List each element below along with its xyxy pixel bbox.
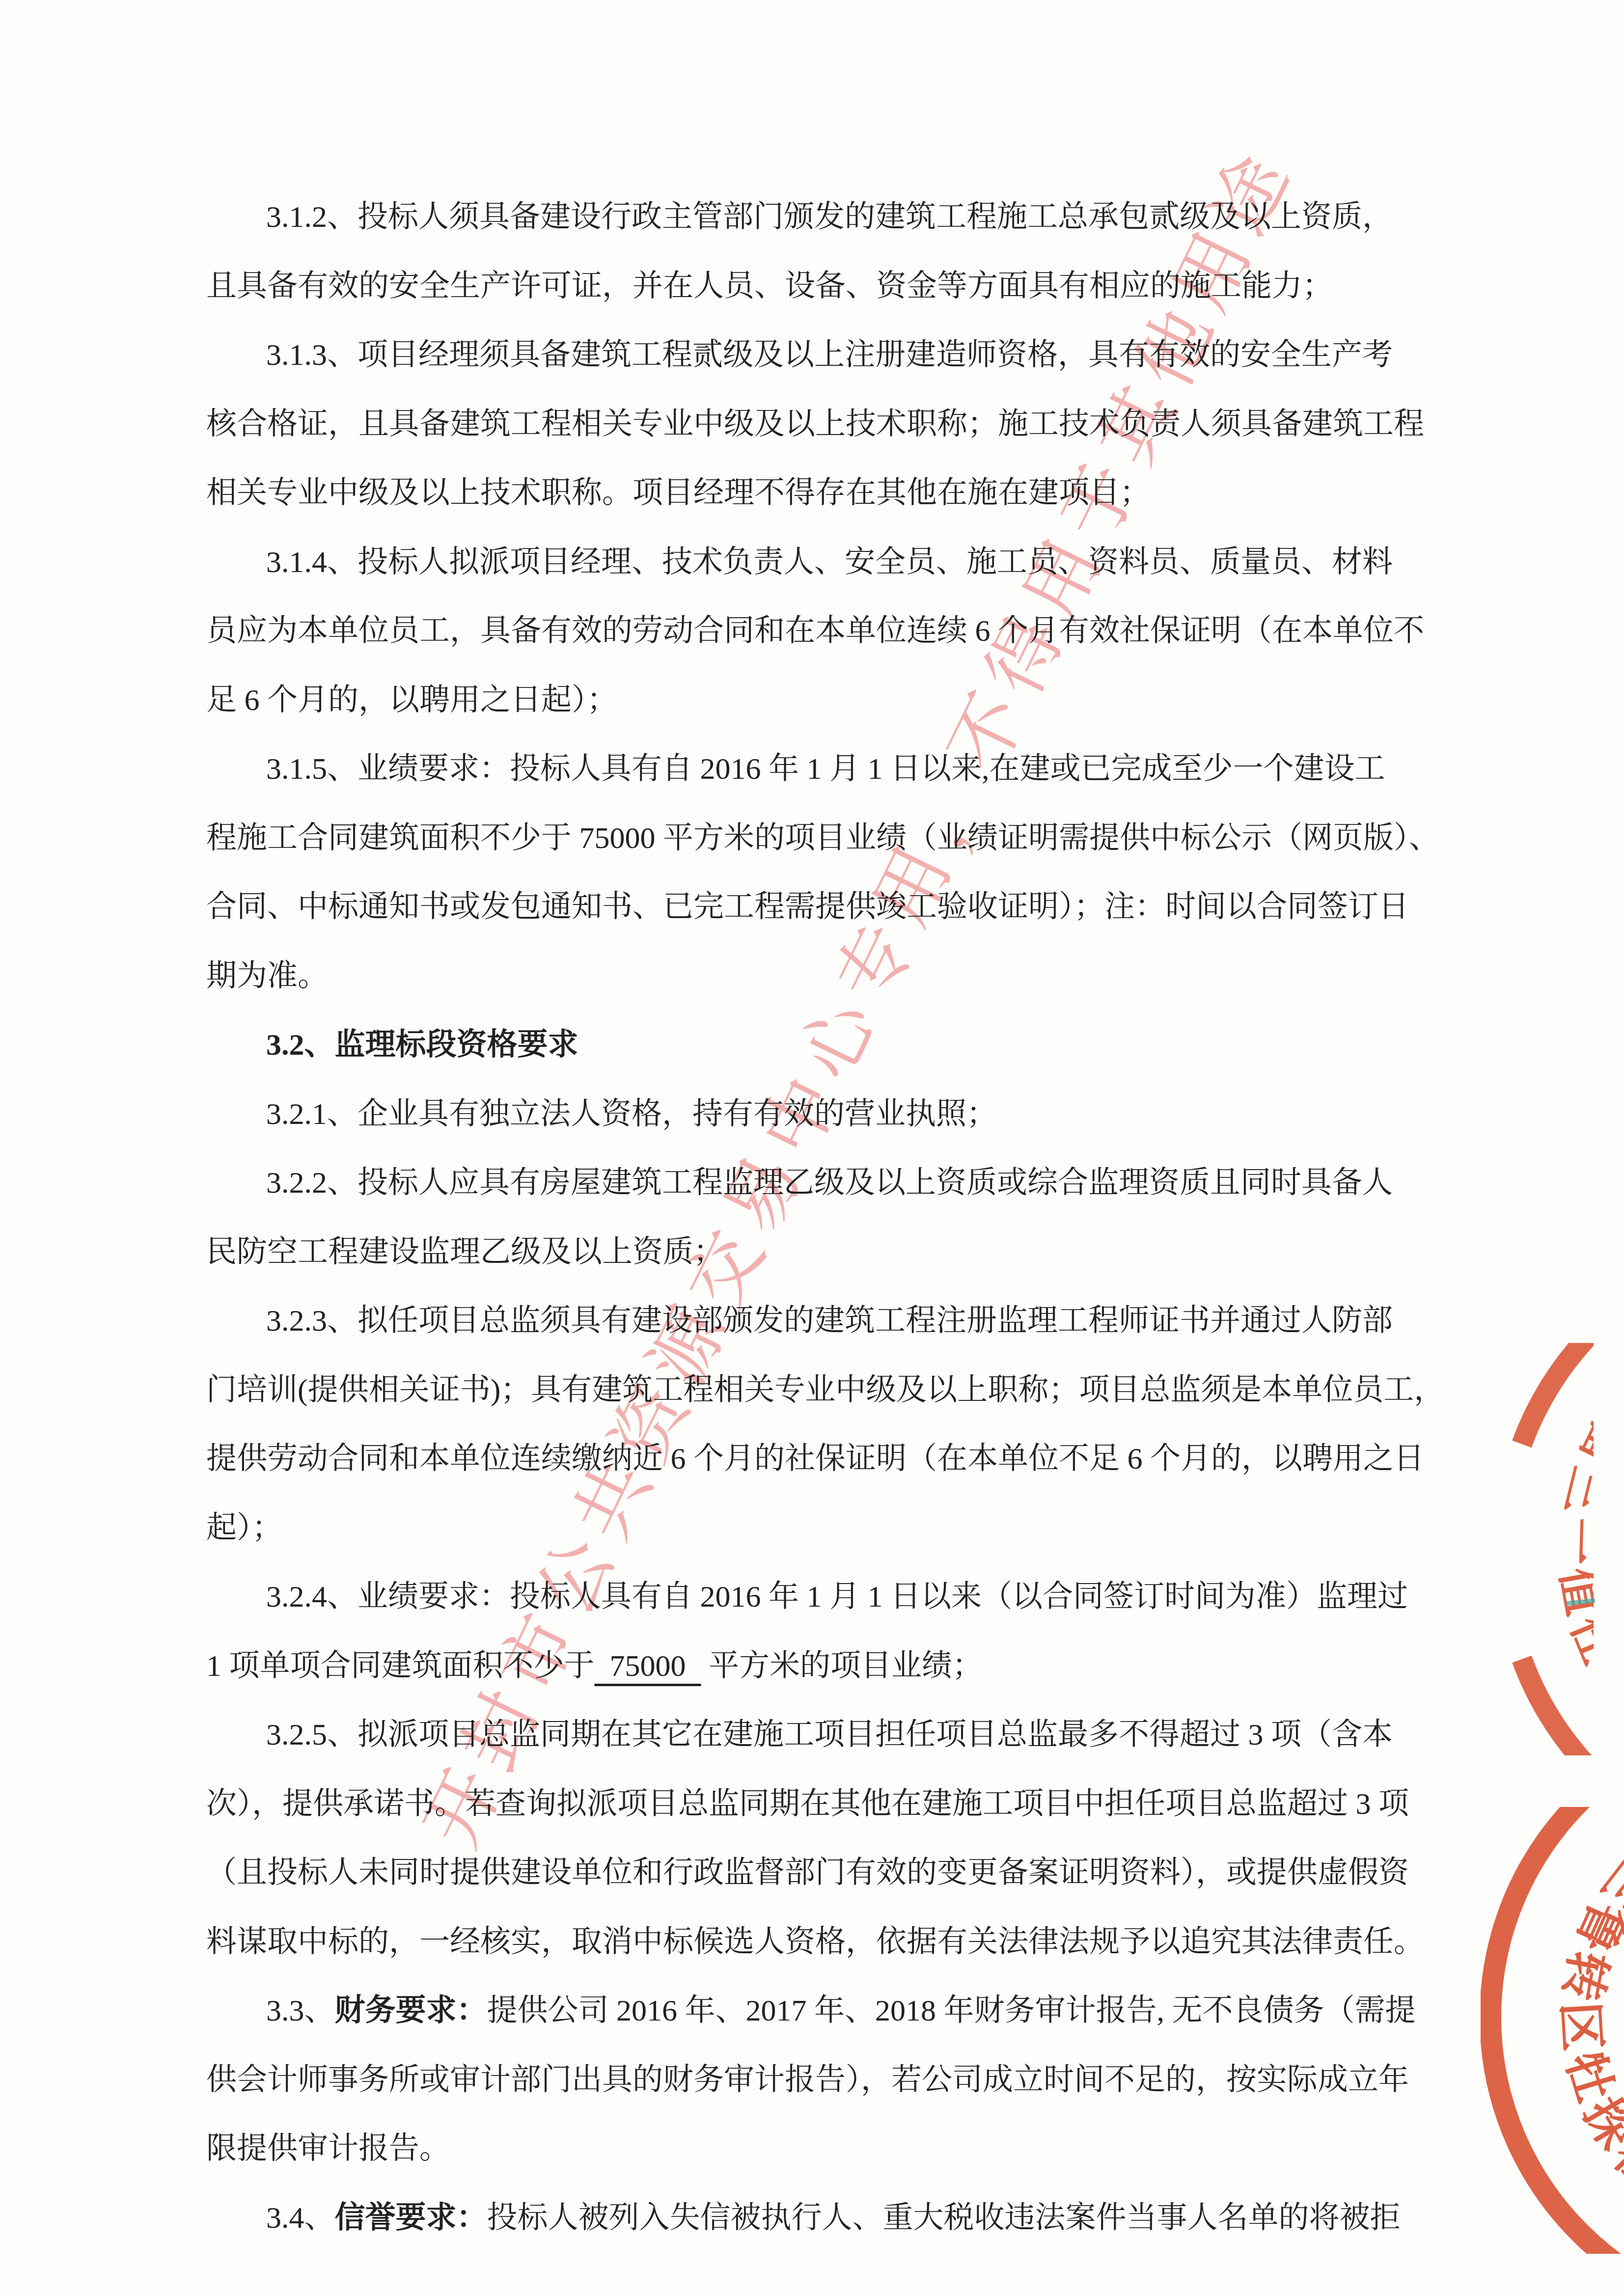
text-line: 员应为本单位员工，具备有效的劳动合同和在本单位连续 6 个月有效社保证明（在本单… [206, 597, 1439, 666]
text-segment: 3.2、监理标段资格要求 [266, 1028, 578, 1062]
text-segment: 3.2.4、业绩要求：投标人具有自 2016 年 1 月 1 日以来（以合同签订… [266, 1580, 1408, 1613]
text-segment: 投标人被列入失信被执行人、重大税收违法案件当事人名单的将被拒 [487, 2201, 1401, 2235]
text-segment: 3.2.2、投标人应具有房屋建筑工程监理乙级及以上资质或综合监理资质且同时具备人 [266, 1166, 1393, 1200]
text-segment: 限提供审计报告。 [206, 2132, 450, 2165]
text-segment: 合同、中标通知书或发包通知书、已完工程需提供竣工验收证明）；注：时间以合同签订日 [206, 890, 1409, 924]
text-segment: 3.2.1、企业具有独立法人资格，持有有效的营业执照； [266, 1097, 997, 1131]
text-line: 3.2.5、拟派项目总监同期在其它在建施工项目担任项目总监最多不得超过 3 项（… [206, 1700, 1439, 1770]
text-line: 供会计师事务所或审计部门出具的财务审计报告），若公司成立时间不足的，按实际成立年 [206, 2046, 1439, 2115]
text-segment: 门培训(提供相关证书)；具有建筑工程相关专业中级及以上职称；项目总监须是本单位员… [206, 1373, 1444, 1407]
seal-text-lower: 兰鲁转区牡探社 [1552, 1848, 1624, 2205]
text-line: （且投标人未同时提供建设单位和行政监督部门有效的变更备案证明资料），或提供虚假资 [206, 1838, 1439, 1908]
text-line: 合同、中标通知书或发包通知书、已完工程需提供竣工验收证明）；注：时间以合同签订日 [206, 873, 1439, 942]
text-segment: 1 项单项合同建筑面积不少于 [206, 1649, 595, 1683]
text-segment: 3.1.5、业绩要求：投标人具有自 2016 年 1 月 1 日以来,在建或已完… [266, 752, 1385, 786]
text-segment: 核合格证，且具备建筑工程相关专业中级及以上技术职称；施工技术负责人须具备建筑工程 [206, 408, 1424, 441]
text-line: 且具备有效的安全生产许可证，并在人员、设备、资金等方面具有相应的施工能力； [206, 252, 1439, 321]
scanner-artifact-mark [1567, 1598, 1596, 1606]
text-segment: 期为准。 [206, 959, 328, 993]
text-segment: 3.2.3、拟任项目总监须具有建设部颁发的建筑工程注册监理工程师证书并通过人防部 [266, 1304, 1393, 1338]
red-seal-stamp-upper: 没留三一值任 [1486, 1343, 1594, 1755]
text-segment: 员应为本单位员工，具备有效的劳动合同和在本单位连续 6 个月有效社保证明（在本单… [206, 614, 1424, 648]
text-line: 次），提供承诺书。若查询拟派项目总监同期在其他在建施工项目中担任项目总监超过 3… [206, 1770, 1439, 1839]
text-segment: 3.2.5、拟派项目总监同期在其它在建施工项目担任项目总监最多不得超过 3 项（… [266, 1718, 1393, 1751]
red-seal-stamp-lower: 兰鲁转区牡探社 [1481, 1807, 1624, 2254]
text-segment: 信誉要求： [335, 2201, 487, 2235]
text-segment: 次），提供承诺书。若查询拟派项目总监同期在其他在建施工项目中担任项目总监超过 3… [206, 1787, 1409, 1821]
text-line: 1 项单项合同建筑面积不少于 75000 平方米的项目业绩； [206, 1632, 1439, 1701]
text-line: 3.2.1、企业具有独立法人资格，持有有效的营业执照； [206, 1080, 1439, 1149]
text-line: 核合格证，且具备建筑工程相关专业中级及以上技术职称；施工技术负责人须具备建筑工程 [206, 390, 1439, 459]
seal-rim-arc [1490, 1807, 1624, 2254]
text-segment: 程施工合同建筑面积不少于 75000 平方米的项目业绩（业绩证明需提供中标公示（… [206, 821, 1439, 855]
text-line: 3.1.3、项目经理须具备建筑工程贰级及以上注册建造师资格，具有有效的安全生产考 [206, 321, 1439, 390]
text-line: 3.3、财务要求：提供公司 2016 年、2017 年、2018 年财务审计报告… [206, 1976, 1439, 2046]
text-line: 限提供审计报告。 [206, 2114, 1439, 2184]
text-segment: 供会计师事务所或审计部门出具的财务审计报告），若公司成立时间不足的，按实际成立年 [206, 2063, 1409, 2097]
text-line: 3.1.2、投标人须具备建设行政主管部门颁发的建筑工程施工总承包贰级及以上资质， [206, 183, 1439, 252]
document-lines: 3.1.2、投标人须具备建设行政主管部门颁发的建筑工程施工总承包贰级及以上资质，… [206, 183, 1439, 2252]
text-line: 程施工合同建筑面积不少于 75000 平方米的项目业绩（业绩证明需提供中标公示（… [206, 804, 1439, 873]
text-segment: 3.3、 [266, 1994, 335, 2027]
text-segment: 3.1.4、投标人拟派项目经理、技术负责人、安全员、施工员、资料员、质量员、材料 [266, 546, 1393, 579]
text-line: 门培训(提供相关证书)；具有建筑工程相关专业中级及以上职称；项目总监须是本单位员… [206, 1356, 1439, 1425]
text-segment: 3.1.3、项目经理须具备建筑工程贰级及以上注册建造师资格，具有有效的安全生产考 [266, 338, 1393, 372]
text-segment: 民防空工程建设监理乙级及以上资质； [206, 1235, 724, 1269]
text-segment: 3.4、 [266, 2201, 335, 2235]
text-line: 民防空工程建设监理乙级及以上资质； [206, 1218, 1439, 1287]
text-segment: 提供公司 2016 年、2017 年、2018 年财务审计报告, 无不良债务（需… [487, 1994, 1416, 2027]
text-line: 3.1.5、业绩要求：投标人具有自 2016 年 1 月 1 日以来,在建或已完… [206, 735, 1439, 804]
seal-text-upper: 没留三一值任 [1551, 1367, 1594, 1678]
text-line: 3.1.4、投标人拟派项目经理、技术负责人、安全员、施工员、资料员、质量员、材料 [206, 528, 1439, 597]
text-line: 起）； [206, 1494, 1439, 1563]
scanned-document-page: 开封市公共资源交易中心专用，不得用于其他用途 3.1.2、投标人须具备建设行政主… [0, 0, 1624, 2296]
text-segment: 且具备有效的安全生产许可证，并在人员、设备、资金等方面具有相应的施工能力； [206, 270, 1333, 303]
text-line: 3.4、信誉要求：投标人被列入失信被执行人、重大税收违法案件当事人名单的将被拒 [206, 2184, 1439, 2253]
text-line: 相关专业中级及以上技术职称。项目经理不得存在其他在施在建项目； [206, 459, 1439, 528]
text-line: 3.2.3、拟任项目总监须具有建设部颁发的建筑工程注册监理工程师证书并通过人防部 [206, 1286, 1439, 1356]
text-line: 3.2、监理标段资格要求 [206, 1011, 1439, 1080]
text-segment: 财务要求： [335, 1994, 487, 2027]
text-segment: 相关专业中级及以上技术职称。项目经理不得存在其他在施在建项目； [206, 476, 1150, 510]
seal-rim-arc [1522, 1343, 1594, 1755]
text-segment: 足 6 个月的，以聘用之日起）； [206, 683, 617, 717]
text-segment: 起）； [206, 1511, 282, 1545]
text-line: 3.2.4、业绩要求：投标人具有自 2016 年 1 月 1 日以来（以合同签订… [206, 1562, 1439, 1632]
text-segment: 75000 [595, 1649, 701, 1683]
text-segment: （且投标人未同时提供建设单位和行政监督部门有效的变更备案证明资料），或提供虚假资 [206, 1856, 1409, 1889]
text-segment: 提供劳动合同和本单位连续缴纳近 6 个月的社保证明（在本单位不足 6 个月的，以… [206, 1442, 1424, 1476]
text-line: 期为准。 [206, 942, 1439, 1011]
text-segment: 平方米的项目业绩； [701, 1649, 983, 1683]
text-segment: 3.1.2、投标人须具备建设行政主管部门颁发的建筑工程施工总承包贰级及以上资质， [266, 200, 1393, 234]
text-segment: 料谋取中标的，一经核实，取消中标候选人资格，依据有关法律法规予以追究其法律责任。 [206, 1925, 1424, 1959]
text-line: 足 6 个月的，以聘用之日起）； [206, 666, 1439, 735]
text-line: 提供劳动合同和本单位连续缴纳近 6 个月的社保证明（在本单位不足 6 个月的，以… [206, 1424, 1439, 1494]
text-line: 3.2.2、投标人应具有房屋建筑工程监理乙级及以上资质或综合监理资质且同时具备人 [206, 1148, 1439, 1218]
text-line: 料谋取中标的，一经核实，取消中标候选人资格，依据有关法律法规予以追究其法律责任。 [206, 1908, 1439, 1977]
